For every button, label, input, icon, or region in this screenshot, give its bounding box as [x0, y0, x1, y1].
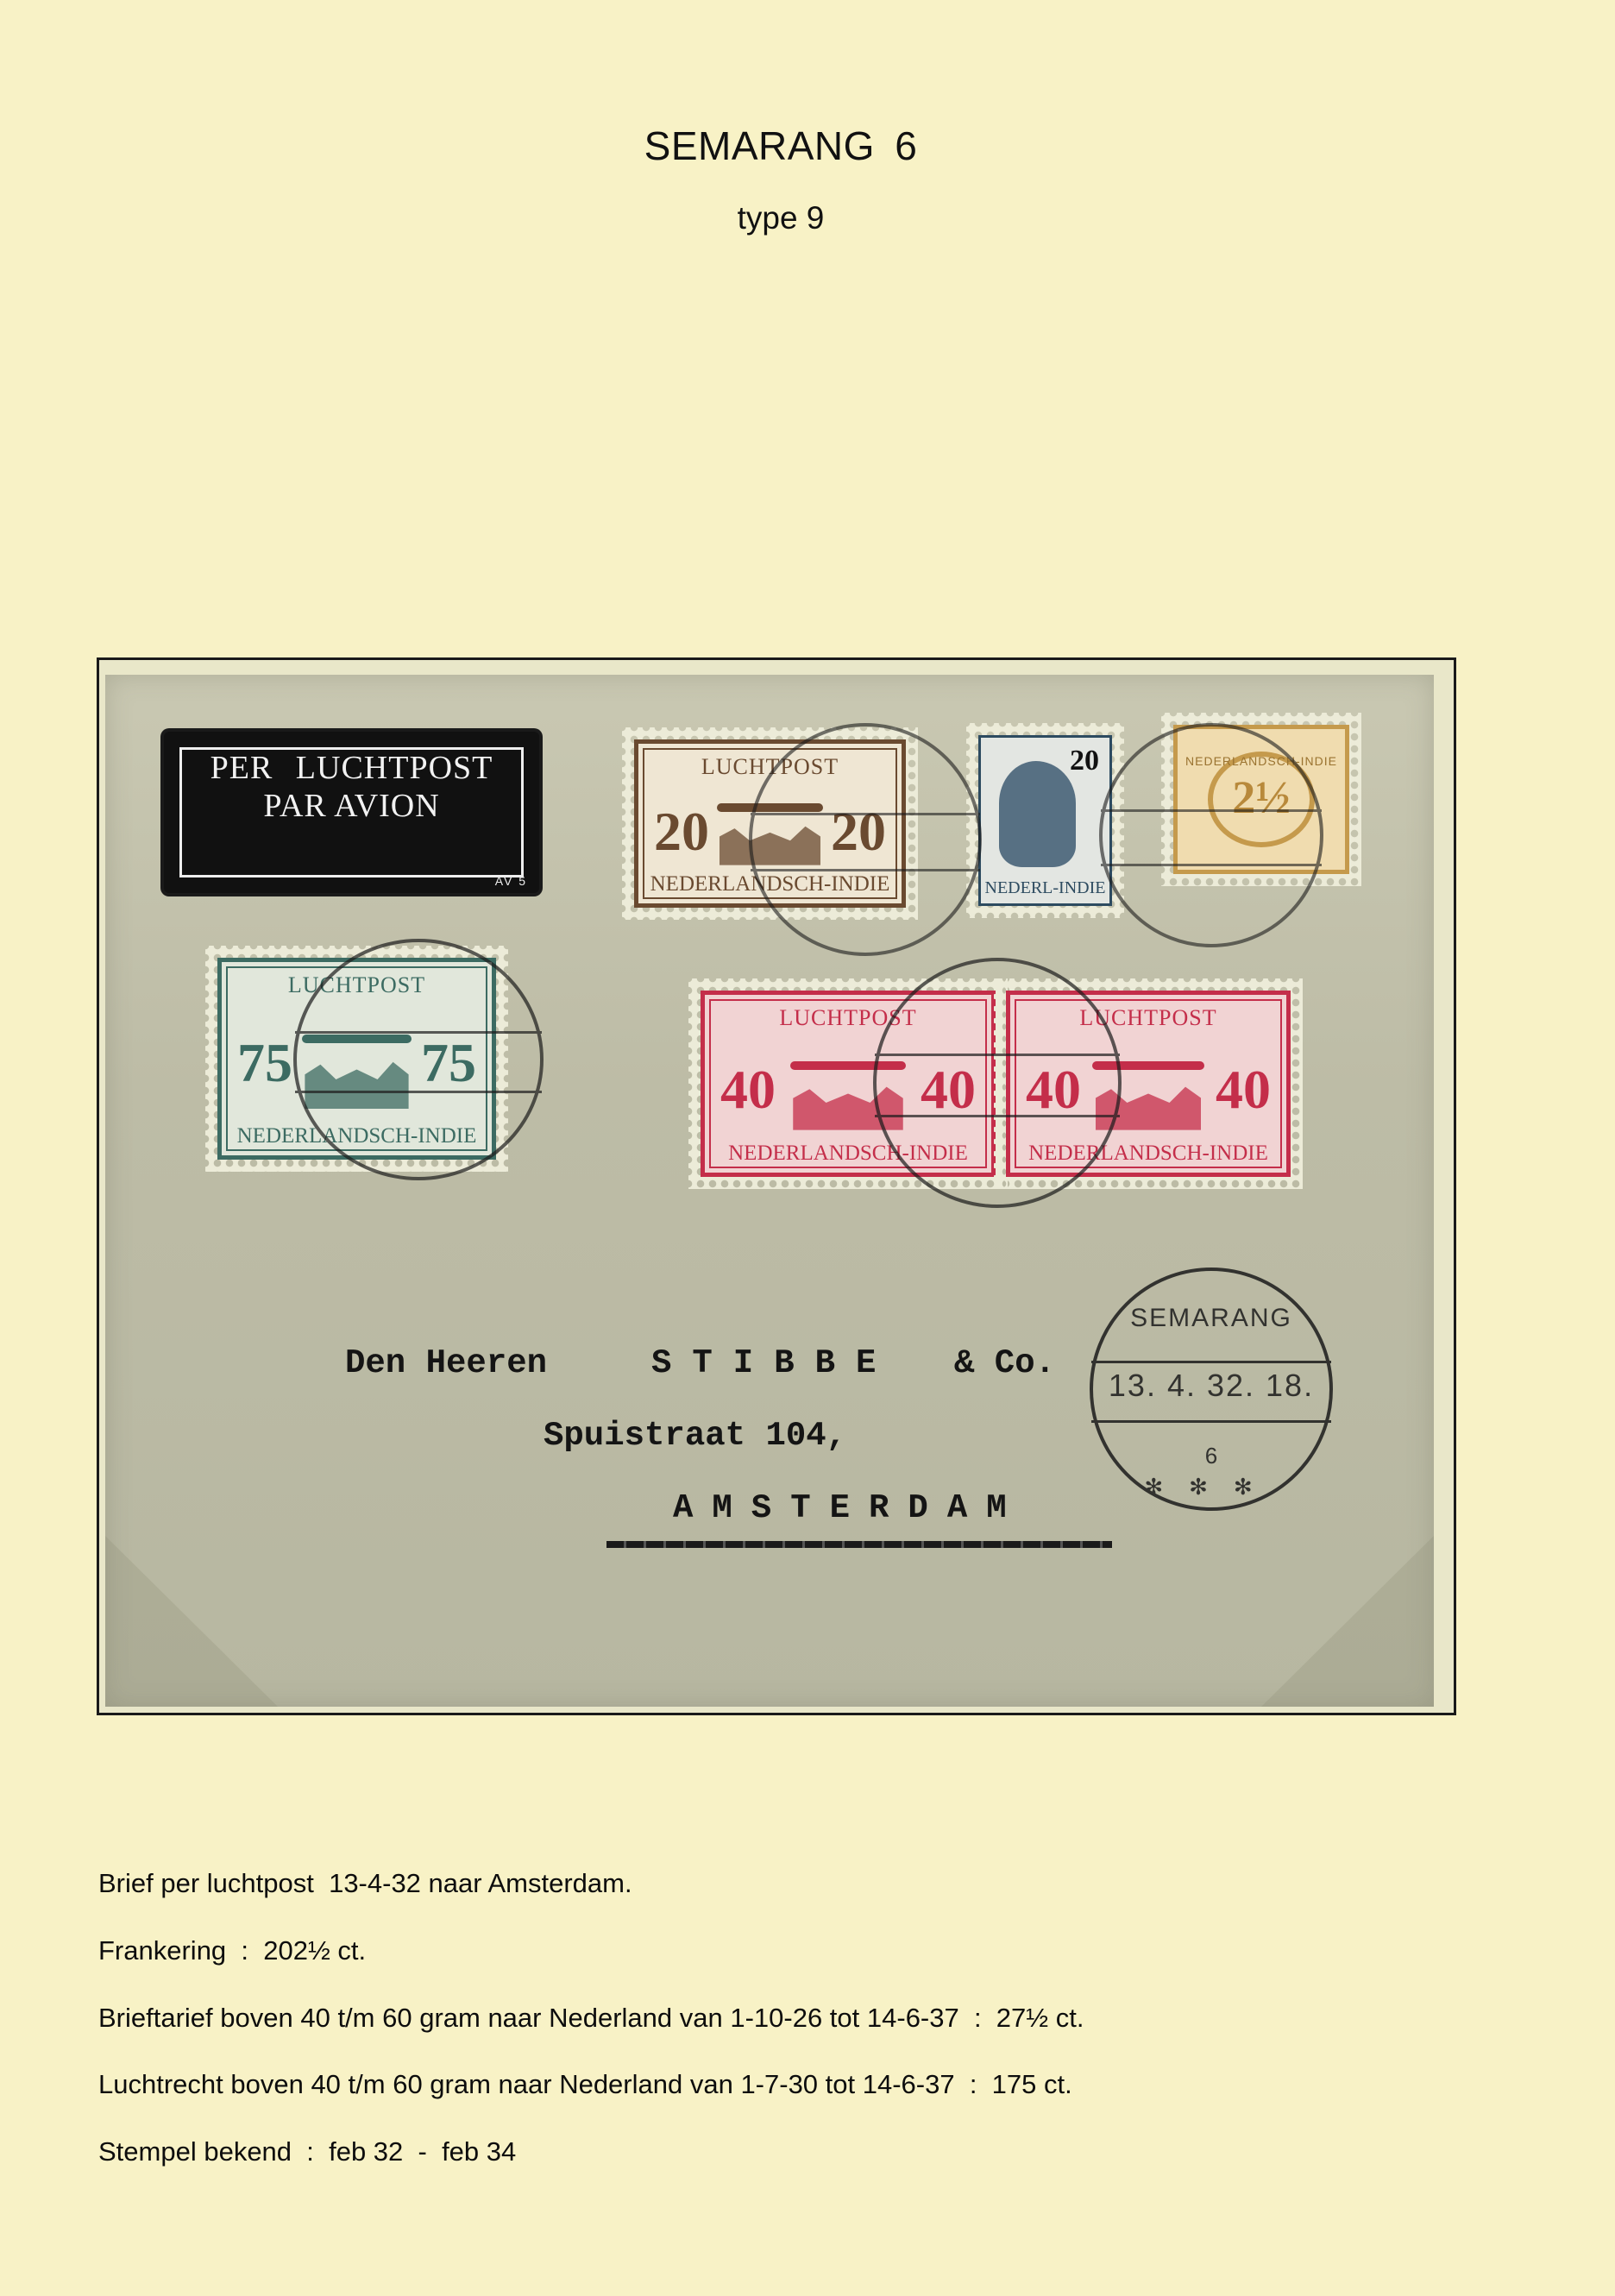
stamp-bottom-text: NEDERL-INDIE [981, 878, 1109, 898]
address-salutation: Den Heeren [345, 1344, 547, 1382]
stamp-value: 20 [654, 804, 709, 859]
postmark-semarang: SEMARANG 13. 4. 32. 18. 6 ✻✻✻ [1090, 1268, 1333, 1511]
envelope-flap-right [1261, 1536, 1434, 1707]
postmark-cancel [293, 939, 544, 1180]
postmark-place: SEMARANG [1093, 1304, 1329, 1333]
airmail-label-code: AV 5 [495, 874, 527, 888]
note-airmail-fee: Luchtrecht boven 40 t/m 60 gram naar Ned… [98, 2069, 1072, 2100]
airmail-label-line2: PAR AVION [164, 787, 539, 825]
address-underline [606, 1541, 1112, 1548]
postmark-date: 13. 4. 32. 18. [1093, 1368, 1329, 1404]
address-city: AMSTERDAM [673, 1489, 1026, 1527]
envelope-flap-left [105, 1536, 278, 1707]
airmail-label-line1: PER LUCHTPOST [164, 749, 539, 787]
stamp-value: 75 [237, 1035, 292, 1091]
stamp-value: 40 [720, 1062, 776, 1117]
postmark-number: 6 [1093, 1443, 1329, 1469]
postmark-cancel [1099, 723, 1323, 947]
queen-portrait-icon [999, 761, 1076, 867]
note-letter-rate: Brieftarief boven 40 t/m 60 gram naar Ne… [98, 2003, 1084, 2034]
star-icon: ✻✻✻ [1093, 1474, 1329, 1500]
note-franking: Frankering : 202½ ct. [98, 1935, 366, 1966]
address-firm: STIBBE [651, 1344, 896, 1382]
stamp-value: 20 [1070, 746, 1099, 776]
address-firm-suffix: & Co. [954, 1344, 1055, 1382]
page-title: SEMARANG 6 [0, 123, 1562, 169]
postmark-type: type 9 [0, 200, 1562, 236]
postmark-cancel [749, 723, 982, 956]
address-street: Spuistraat 104, [544, 1417, 846, 1455]
postmark-cancel [873, 958, 1122, 1208]
note-known-period: Stempel bekend : feb 32 - feb 34 [98, 2136, 516, 2167]
airmail-label: PER LUCHTPOST PAR AVION AV 5 [164, 732, 539, 893]
stamp-value: 40 [1216, 1062, 1271, 1117]
note-description: Brief per luchtpost 13-4-32 naar Amsterd… [98, 1868, 632, 1899]
